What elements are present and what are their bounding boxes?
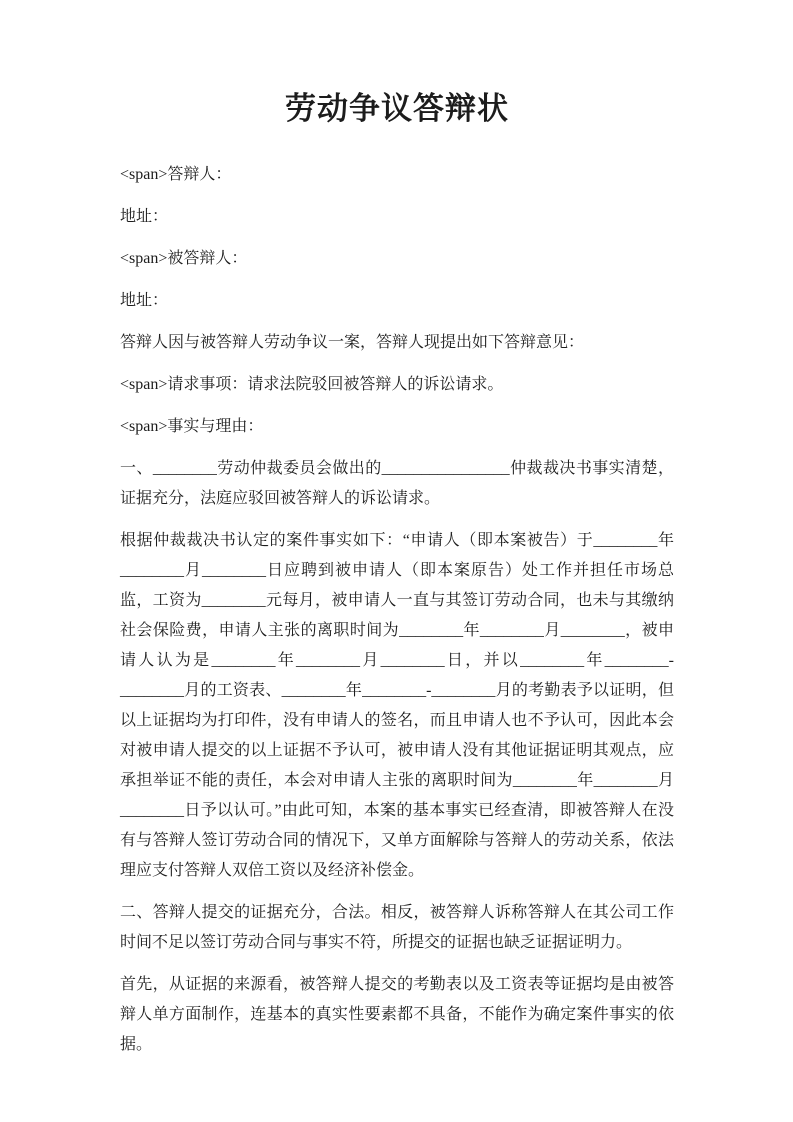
document-title: 劳动争议答辩状 bbox=[120, 88, 674, 130]
paragraph-case-intro: 答辩人因与被答辩人劳动争议一案，答辩人现提出如下答辩意见： bbox=[120, 328, 674, 358]
paragraph-point-one: 一、________劳动仲裁委员会做出的________________仲裁裁决… bbox=[120, 454, 674, 514]
paragraph-facts-reasons-heading: <span>事实与理由： bbox=[120, 412, 674, 442]
paragraph-claimant-address: 地址： bbox=[120, 286, 674, 316]
paragraph-evidence-source: 首先，从证据的来源看，被答辩人提交的考勤表以及工资表等证据均是由被答辩人单方面制… bbox=[120, 970, 674, 1060]
document-page: 劳动争议答辩状 <span>答辩人： 地址： <span>被答辩人： 地址： 答… bbox=[0, 0, 793, 1122]
paragraph-arbitration-facts: 根据仲裁裁决书认定的案件事实如下：“申请人（即本案被告）于________年__… bbox=[120, 526, 674, 886]
paragraph-respondent-address: 地址： bbox=[120, 202, 674, 232]
paragraph-point-two: 二、答辩人提交的证据充分，合法。相反，被答辩人诉称答辩人在其公司工作时间不足以签… bbox=[120, 898, 674, 958]
paragraph-respondent: <span>答辩人： bbox=[120, 160, 674, 190]
paragraph-claimant: <span>被答辩人： bbox=[120, 244, 674, 274]
paragraph-claim-item: <span>请求事项：请求法院驳回被答辩人的诉讼请求。 bbox=[120, 370, 674, 400]
